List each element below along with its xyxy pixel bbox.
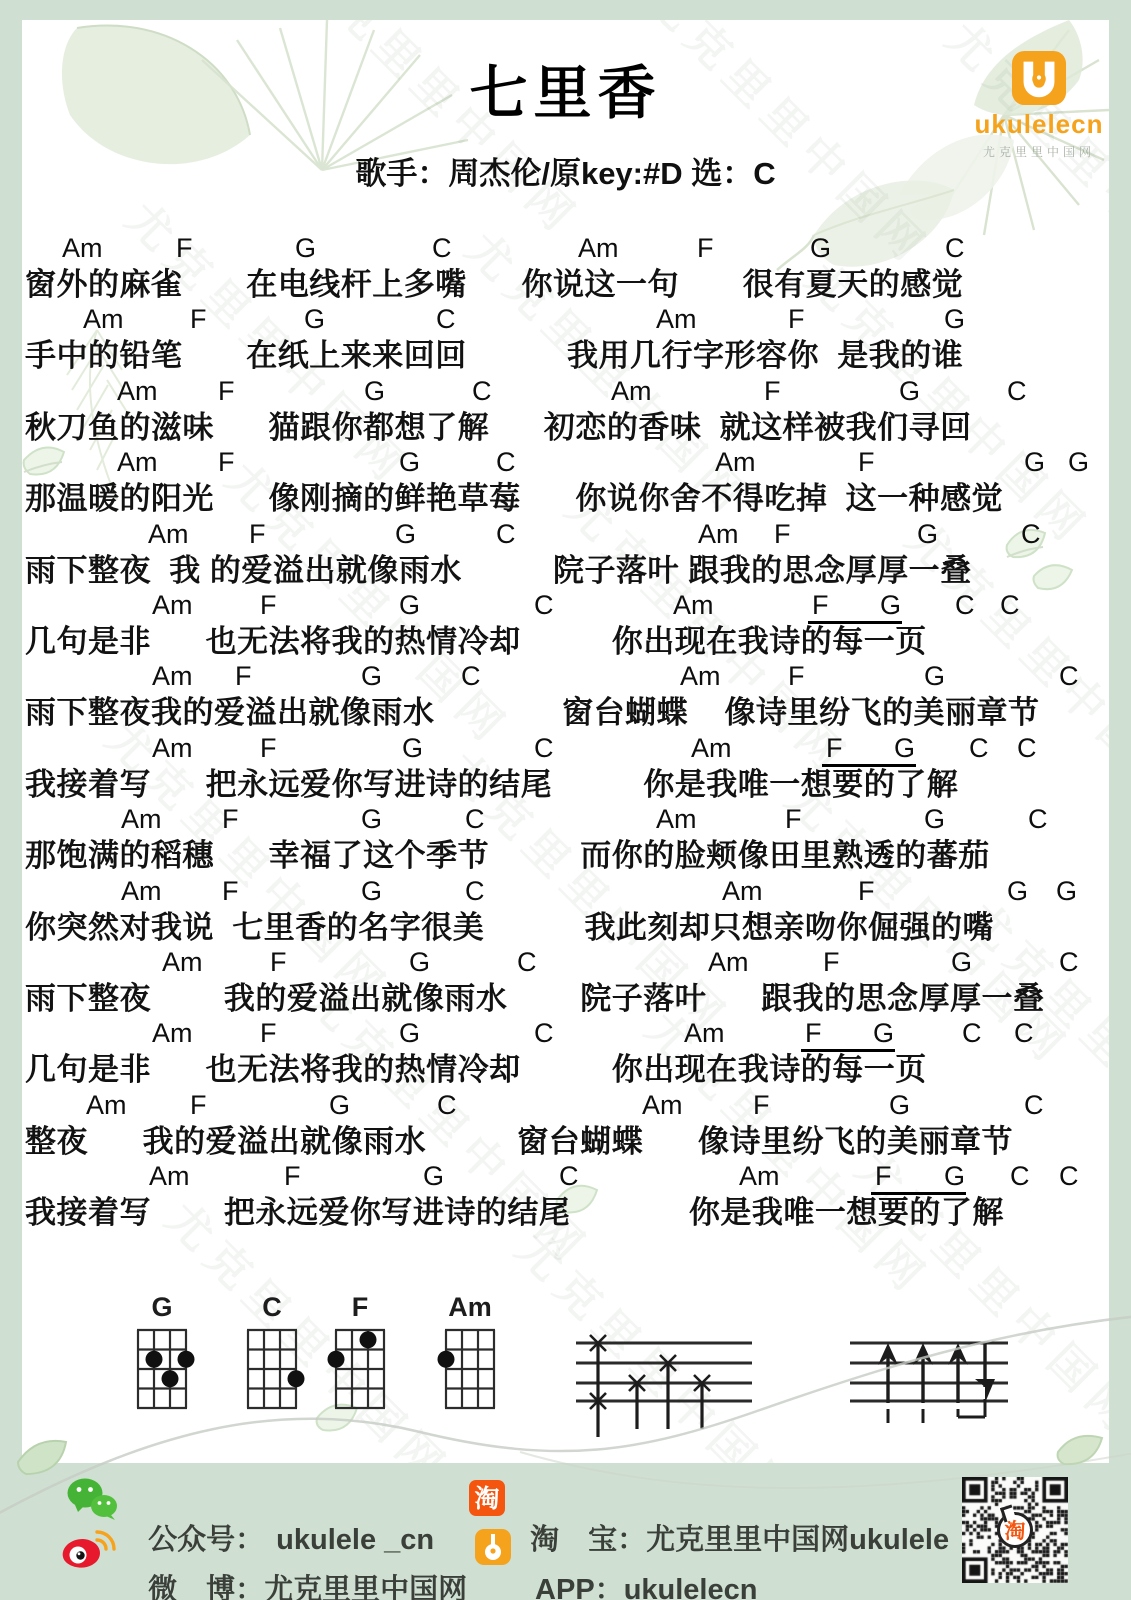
chord-underline <box>822 764 916 767</box>
lyric-line: 雨下整夜 我的爱溢出就像雨水 院子落叶 跟我的思念厚厚一叠 <box>22 980 1109 1018</box>
chord-row: AmFGCAmFGC <box>22 661 1109 694</box>
chord-label: C <box>534 733 554 763</box>
chord-underline <box>808 621 902 624</box>
chord-label: C <box>496 447 516 477</box>
chord-label: Am <box>673 590 714 620</box>
chord-label: G <box>917 519 938 549</box>
chord-label: Am <box>117 376 158 406</box>
chord-label: C <box>1010 1161 1030 1191</box>
chord-label: Am <box>62 233 103 263</box>
chord-label: G <box>1024 447 1045 477</box>
chord-row: AmFGCAmFG <box>22 304 1109 337</box>
brand-subtitle: 尤克里里中国网 <box>964 143 1109 160</box>
chord-label: G <box>361 661 382 691</box>
chord-label: G <box>402 733 423 763</box>
song-line: AmFGCAmFGC整夜 我的爱溢出就像雨水 窗台蝴蝶 像诗里纷飞的美丽章节 <box>22 1090 1109 1161</box>
chord-row: AmFGCAmFGC <box>22 804 1109 837</box>
chord-row: AmFGCAmFGC <box>22 376 1109 409</box>
chord-label: Am <box>611 376 652 406</box>
chord-label: C <box>1007 376 1027 406</box>
chord-label: C <box>461 661 481 691</box>
chord-label: C <box>472 376 492 406</box>
chord-row: AmFGCAmFGC <box>22 233 1109 266</box>
chord-label: F <box>858 447 875 477</box>
chord-label: G <box>944 1161 965 1191</box>
chord-label: C <box>945 233 965 263</box>
chord-label: C <box>1017 733 1037 763</box>
song-line: AmFGCAmFGC秋刀鱼的滋味 猫跟你都想了解 初恋的香味 就这样被我们寻回 <box>22 376 1109 447</box>
song-line: AmFGCAmFGG你突然对我说 七里香的名字很美 我此刻却只想亲吻你倔强的嘴 <box>22 876 1109 947</box>
app-name: APP：ukulelecn <box>520 1534 757 1600</box>
lyric-line: 窗外的麻雀 在电线杆上多嘴 你说这一句 很有夏天的感觉 <box>22 266 1109 304</box>
chord-label: C <box>517 947 537 977</box>
chord-label: F <box>774 519 791 549</box>
chord-diagram-Am: Am <box>432 1292 508 1423</box>
app-label: APP： <box>535 1574 624 1600</box>
chord-label: G <box>889 1090 910 1120</box>
chord-label: Am <box>117 447 158 477</box>
chord-label: G <box>364 376 385 406</box>
chord-row: AmFGCAmFGCC <box>22 590 1109 623</box>
chord-label: F <box>249 519 266 549</box>
taobao-qr-code: 淘 <box>962 1477 1068 1583</box>
chord-label: Am <box>121 876 162 906</box>
svg-text:淘: 淘 <box>474 1485 499 1513</box>
chord-sheet-page: { "header": { "title": "七里香", "subtitle"… <box>0 0 1131 1600</box>
chord-row: AmFGCAmFGCC <box>22 1161 1109 1194</box>
chord-label: F <box>805 1018 822 1048</box>
song-line: AmFGCAmFGC窗外的麻雀 在电线杆上多嘴 你说这一句 很有夏天的感觉 <box>22 233 1109 304</box>
chord-label: G <box>924 661 945 691</box>
chord-label: C <box>534 1018 554 1048</box>
lyric-line: 雨下整夜 我 的爱溢出就像雨水 院子落叶 跟我的思念厚厚一叠 <box>22 552 1109 590</box>
chord-label: F <box>222 876 239 906</box>
song-line: AmFGCAmFGC雨下整夜我的爱溢出就像雨水 窗台蝴蝶 像诗里纷飞的美丽章节 <box>22 661 1109 732</box>
chord-label: F <box>270 947 287 977</box>
chord-label: C <box>969 733 989 763</box>
lyric-line: 整夜 我的爱溢出就像雨水 窗台蝴蝶 像诗里纷飞的美丽章节 <box>22 1123 1109 1161</box>
chord-label: F <box>260 733 277 763</box>
chord-label: G <box>399 447 420 477</box>
chord-label: Am <box>708 947 749 977</box>
song-line: AmFGCAmFGCC我接着写 把永远爱你写进诗的结尾 你是我唯一想要的了解 <box>22 733 1109 804</box>
chord-label: F <box>785 804 802 834</box>
lyric-line: 几句是非 也无法将我的热情冷却 你出现在我诗的每一页 <box>22 623 1109 661</box>
chord-label: Am <box>656 804 697 834</box>
song-line: AmFGCAmFG手中的铅笔 在纸上来来回回 我用几行字形容你 是我的谁 <box>22 304 1109 375</box>
svg-text:G: G <box>151 1292 172 1322</box>
chord-label: C <box>436 304 456 334</box>
chord-label: C <box>534 590 554 620</box>
chord-label: C <box>465 804 485 834</box>
weibo-account: 微 博：尤克里里中国网 <box>132 1534 467 1600</box>
chord-label: Am <box>152 590 193 620</box>
brand-logo: ukulelecn 尤克里里中国网 <box>964 50 1109 160</box>
chord-label: Am <box>83 304 124 334</box>
svg-text:Am: Am <box>448 1292 492 1322</box>
chord-label: F <box>190 1090 207 1120</box>
chord-label: F <box>823 947 840 977</box>
chord-label: F <box>753 1090 770 1120</box>
chord-label: C <box>1014 1018 1034 1048</box>
chord-label: F <box>218 447 235 477</box>
chord-label: Am <box>152 1018 193 1048</box>
chord-row: AmFGCAmFGCC <box>22 733 1109 766</box>
chord-label: C <box>496 519 516 549</box>
chord-label: C <box>437 1090 457 1120</box>
svg-text:C: C <box>262 1292 282 1322</box>
chord-label: F <box>812 590 829 620</box>
chord-label: C <box>1059 947 1079 977</box>
lyric-line: 我接着写 把永远爱你写进诗的结尾 你是我唯一想要的了解 <box>22 766 1109 804</box>
song-line: AmFGCAmFGCC几句是非 也无法将我的热情冷却 你出现在我诗的每一页 <box>22 1018 1109 1089</box>
chord-label: Am <box>698 519 739 549</box>
chord-label: G <box>1068 447 1089 477</box>
chord-label: F <box>788 304 805 334</box>
chord-label: C <box>1021 519 1041 549</box>
chord-label: G <box>329 1090 350 1120</box>
song-meta: 歌手：周杰伦/原key:#D 选：C <box>22 148 1109 193</box>
chord-label: C <box>1024 1090 1044 1120</box>
chord-label: C <box>1059 1161 1079 1191</box>
chord-underline <box>801 1049 895 1052</box>
chord-label: F <box>788 661 805 691</box>
song-line: AmFGCAmFGC雨下整夜 我的爱溢出就像雨水 院子落叶 跟我的思念厚厚一叠 <box>22 947 1109 1018</box>
song-line: AmFGCAmFGC雨下整夜 我 的爱溢出就像雨水 院子落叶 跟我的思念厚厚一叠 <box>22 519 1109 590</box>
chord-label: F <box>875 1161 892 1191</box>
chord-label: Am <box>152 661 193 691</box>
lyric-line: 我接着写 把永远爱你写进诗的结尾 你是我唯一想要的了解 <box>22 1194 1109 1232</box>
chord-label: C <box>1028 804 1048 834</box>
chord-label: G <box>361 804 382 834</box>
chord-label: G <box>894 733 915 763</box>
song-line: AmFGCAmFGCC我接着写 把永远爱你写进诗的结尾 你是我唯一想要的了解 <box>22 1161 1109 1232</box>
chord-label: F <box>764 376 781 406</box>
chord-label: C <box>955 590 975 620</box>
chord-label: C <box>465 876 485 906</box>
song-body: AmFGCAmFGC窗外的麻雀 在电线杆上多嘴 你说这一句 很有夏天的感觉AmF… <box>22 233 1109 1232</box>
chord-label: Am <box>642 1090 683 1120</box>
chord-row: AmFGCAmFGG <box>22 876 1109 909</box>
chord-row: AmFGCAmFGC <box>22 1090 1109 1123</box>
chord-label: Am <box>152 733 193 763</box>
chord-label: F <box>858 876 875 906</box>
brand-name: ukulelecn <box>964 109 1109 140</box>
chord-label: C <box>559 1161 579 1191</box>
chord-label: F <box>697 233 714 263</box>
chord-label: C <box>1059 661 1079 691</box>
taobao-icon: 淘 <box>468 1479 506 1517</box>
chord-label: Am <box>656 304 697 334</box>
chord-label: Am <box>86 1090 127 1120</box>
chord-label: F <box>260 1018 277 1048</box>
chord-label: F <box>176 233 193 263</box>
chord-label: G <box>361 876 382 906</box>
chord-diagram-G: G <box>124 1292 200 1423</box>
chord-underline <box>871 1192 966 1195</box>
chord-label: G <box>880 590 901 620</box>
chord-label: F <box>235 661 252 691</box>
strumming-pattern-staff <box>840 1313 1040 1448</box>
chord-label: G <box>423 1161 444 1191</box>
weibo-icon <box>58 1526 116 1574</box>
chord-label: Am <box>691 733 732 763</box>
chord-label: Am <box>162 947 203 977</box>
chord-label: F <box>826 733 843 763</box>
page-title: 七里香 <box>22 46 1109 130</box>
chord-label: G <box>395 519 416 549</box>
song-line: AmFGCAmFGCC几句是非 也无法将我的热情冷却 你出现在我诗的每一页 <box>22 590 1109 661</box>
chord-label: G <box>810 233 831 263</box>
chord-label: G <box>409 947 430 977</box>
chord-label: F <box>284 1161 301 1191</box>
chord-label: G <box>399 1018 420 1048</box>
lyric-line: 那饱满的稻穗 幸福了这个季节 而你的脸颊像田里熟透的蕃茄 <box>22 837 1109 875</box>
chord-row: AmFGCAmFGC <box>22 947 1109 980</box>
lyric-line: 雨下整夜我的爱溢出就像雨水 窗台蝴蝶 像诗里纷飞的美丽章节 <box>22 694 1109 732</box>
chord-label: G <box>304 304 325 334</box>
chord-label: F <box>218 376 235 406</box>
chord-label: C <box>1000 590 1020 620</box>
weibo-value: 尤克里里中国网 <box>264 1574 467 1600</box>
chord-label: G <box>1056 876 1077 906</box>
chord-row: AmFGCAmFGCC <box>22 1018 1109 1051</box>
chord-label: Am <box>121 804 162 834</box>
lyric-line: 几句是非 也无法将我的热情冷却 你出现在我诗的每一页 <box>22 1051 1109 1089</box>
picking-pattern-staff <box>562 1313 762 1448</box>
lyric-line: 秋刀鱼的滋味 猫跟你都想了解 初恋的香味 就这样被我们寻回 <box>22 409 1109 447</box>
chord-row: AmFGCAmFGG <box>22 447 1109 480</box>
app-value: ukulelecn <box>624 1574 758 1600</box>
song-line: AmFGCAmFGC那饱满的稻穗 幸福了这个季节 而你的脸颊像田里熟透的蕃茄 <box>22 804 1109 875</box>
chord-label: G <box>944 304 965 334</box>
chord-label: F <box>222 804 239 834</box>
app-icon <box>474 1528 512 1566</box>
weibo-label: 微 博： <box>148 1574 264 1600</box>
ukulele-logo-icon <box>1011 50 1067 106</box>
chord-label: G <box>951 947 972 977</box>
chord-label: Am <box>715 447 756 477</box>
lyric-line: 你突然对我说 七里香的名字很美 我此刻却只想亲吻你倔强的嘴 <box>22 909 1109 947</box>
chord-label: Am <box>680 661 721 691</box>
chord-label: Am <box>684 1018 725 1048</box>
chord-label: Am <box>149 1161 190 1191</box>
chord-label: F <box>260 590 277 620</box>
chord-label: Am <box>578 233 619 263</box>
chord-row: AmFGCAmFGC <box>22 519 1109 552</box>
wechat-icon <box>64 1476 120 1522</box>
chord-label: F <box>190 304 207 334</box>
svg-text:F: F <box>352 1292 369 1322</box>
chord-label: G <box>899 376 920 406</box>
chord-diagram-F: F <box>322 1292 398 1423</box>
chord-label: C <box>432 233 452 263</box>
chord-label: Am <box>722 876 763 906</box>
lyric-line: 那温暖的阳光 像刚摘的鲜艳草莓 你说你舍不得吃掉 这一种感觉 <box>22 480 1109 518</box>
chord-diagram-C: C <box>234 1292 310 1423</box>
chord-label: Am <box>739 1161 780 1191</box>
chord-label: G <box>1007 876 1028 906</box>
chord-label: C <box>962 1018 982 1048</box>
qr-center-badge: 淘 <box>997 1512 1033 1548</box>
chord-label: G <box>295 233 316 263</box>
chord-label: G <box>924 804 945 834</box>
sheet-card: 尤克里里中国网尤克里里中国网尤克里里中国网尤克里里中国网尤克里里中国网尤克里里中… <box>22 20 1109 1463</box>
lyric-line: 手中的铅笔 在纸上来来回回 我用几行字形容你 是我的谁 <box>22 337 1109 375</box>
song-line: AmFGCAmFGG那温暖的阳光 像刚摘的鲜艳草莓 你说你舍不得吃掉 这一种感觉 <box>22 447 1109 518</box>
chord-label: Am <box>148 519 189 549</box>
chord-label: G <box>873 1018 894 1048</box>
chord-label: G <box>399 590 420 620</box>
